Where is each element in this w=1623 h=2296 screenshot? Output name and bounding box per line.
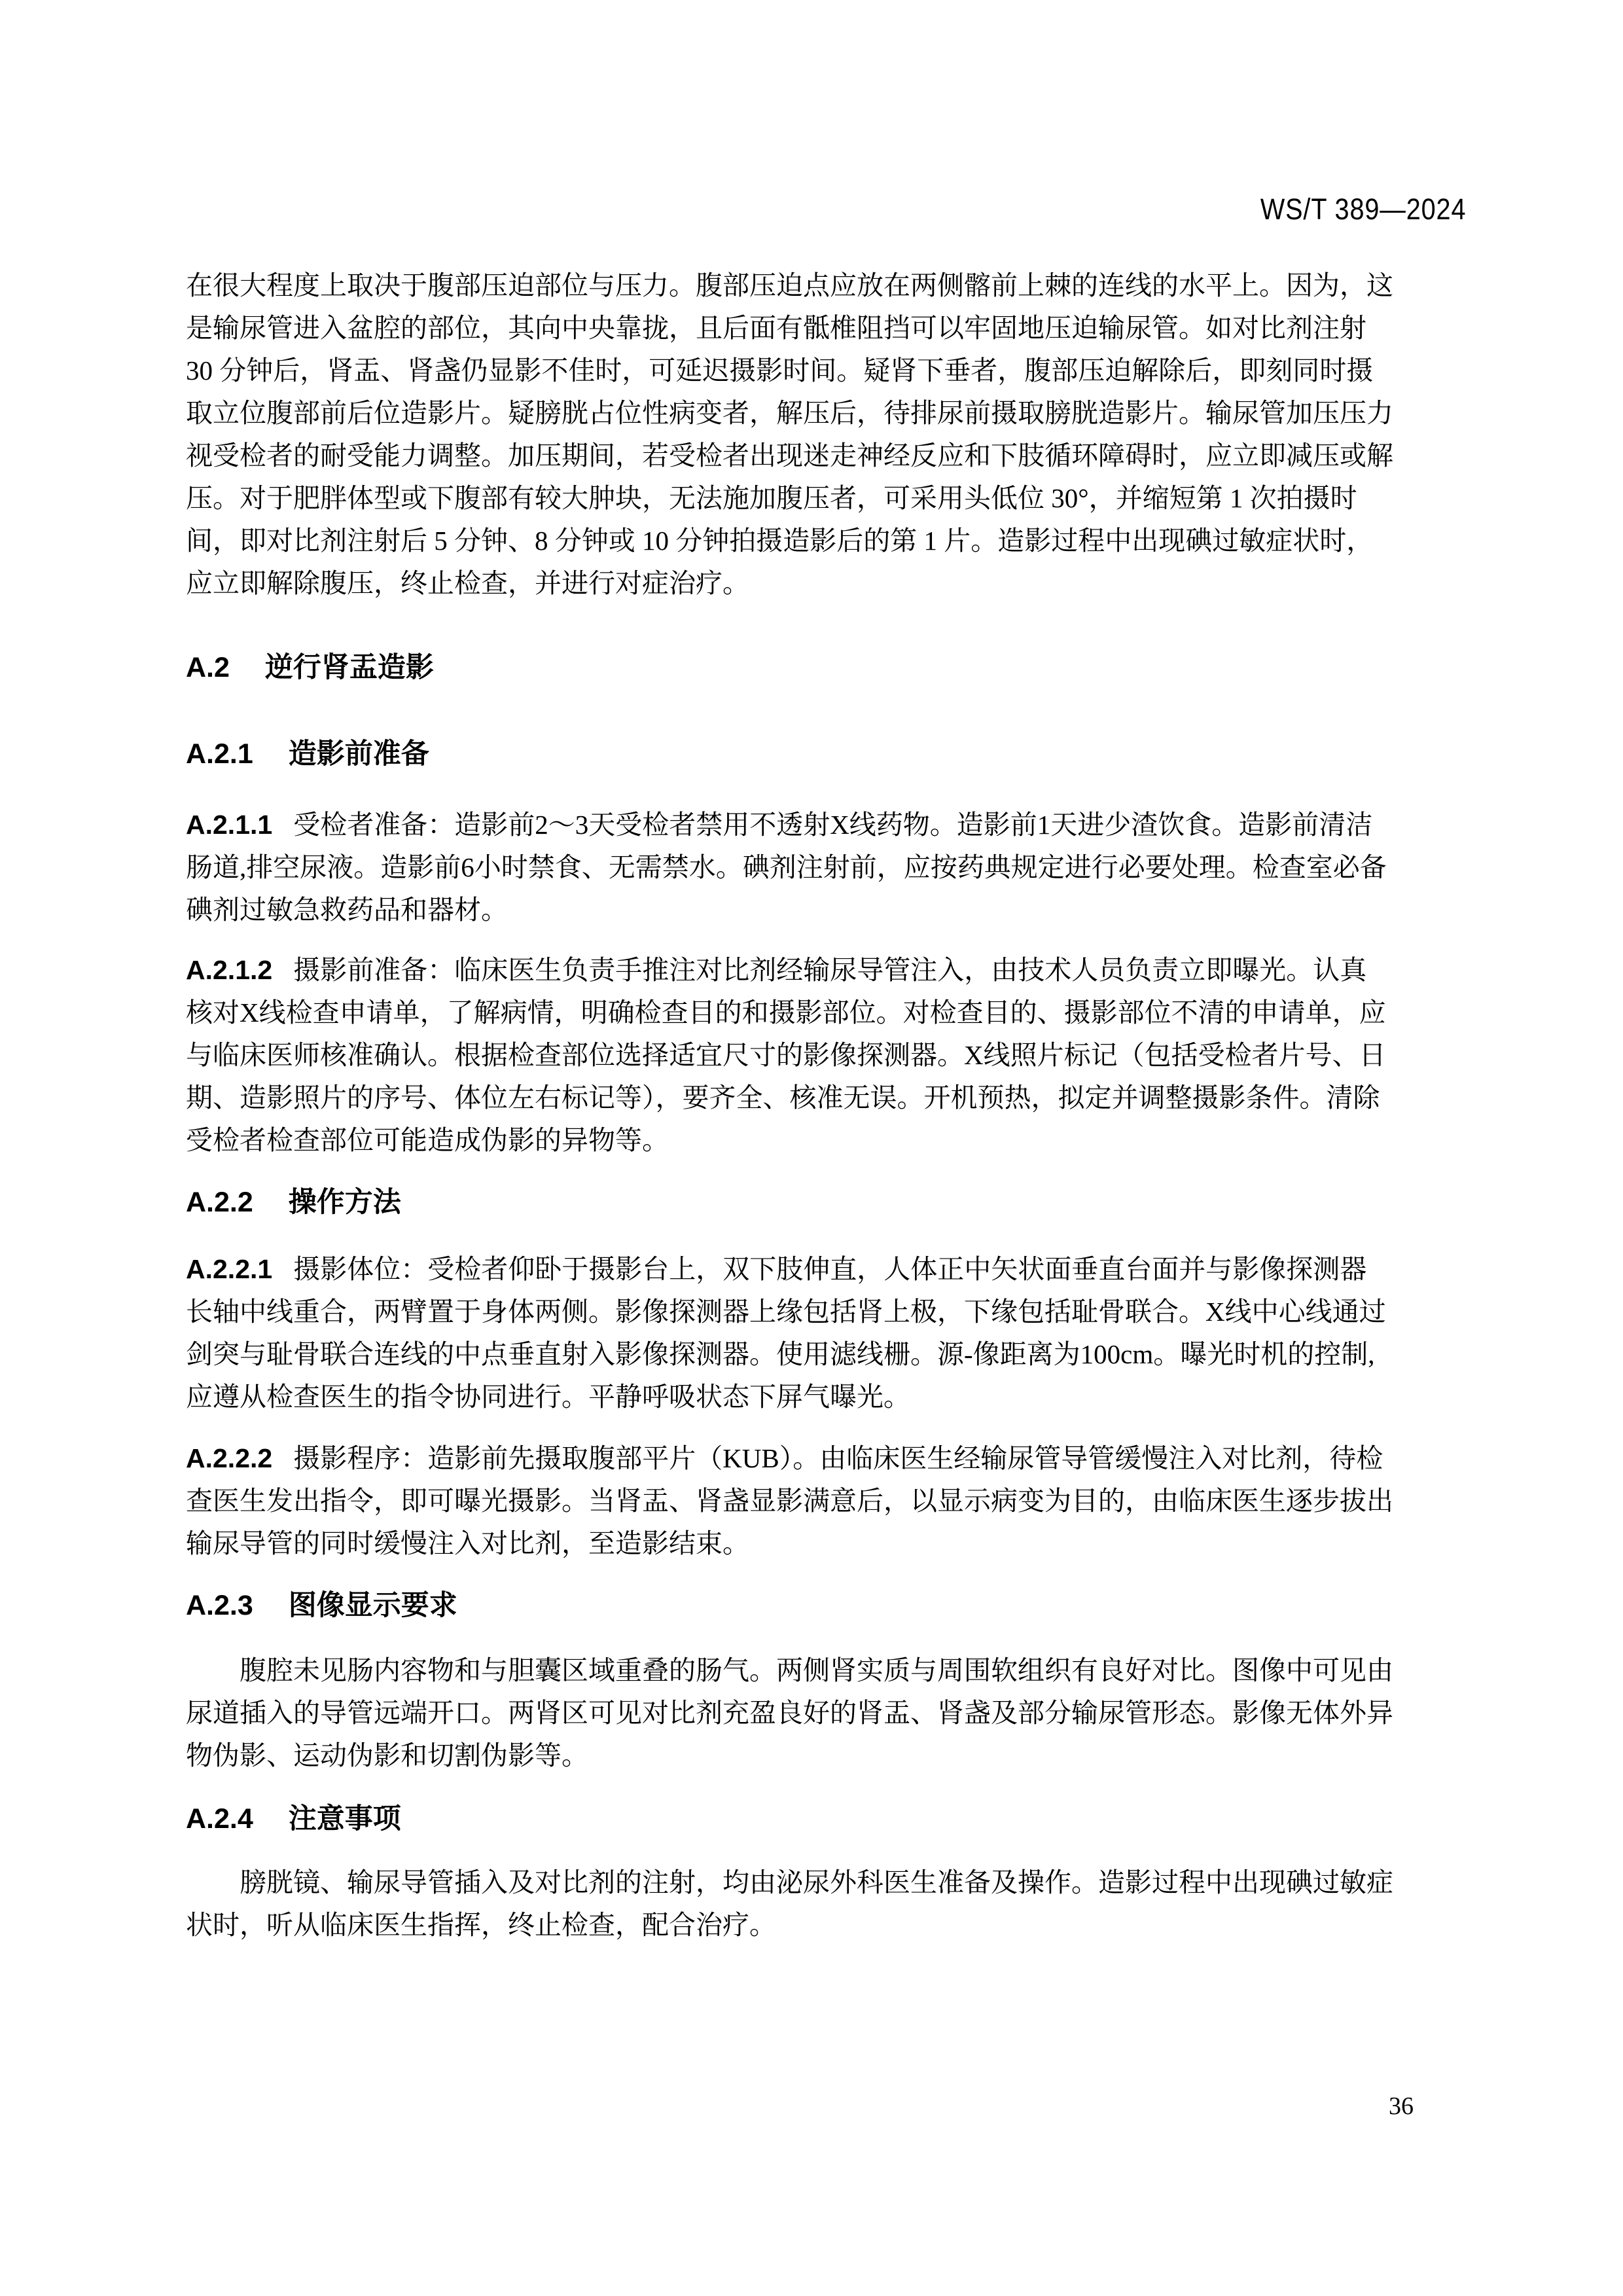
text-line: 膀胱镜、输尿导管插入及对比剂的注射，均由泌尿外科医生准备及操作。造影过程中出现碘… bbox=[186, 1863, 1522, 1902]
text-line: A.2.1.2摄影前准备：临床医生负责手推注对比剂经输尿导管注入，由技术人员负责… bbox=[186, 950, 1469, 990]
text-line: 与临床医师核准确认。根据检查部位选择适宜尺寸的影像探测器。X线照片标记（包括受检… bbox=[186, 1035, 1469, 1075]
clause-number: A.2.1.2 bbox=[186, 955, 272, 985]
text-line: 30 分钟后，肾盂、肾盏仍显影不佳时，可延迟摄影时间。疑肾下垂者，腹部压迫解除后… bbox=[186, 351, 1469, 390]
section-heading: A.2逆行肾盂造影 bbox=[186, 648, 434, 687]
section-title: 造影前准备 bbox=[289, 738, 429, 770]
text-line: 视受检者的耐受能力调整。加压期间，若受检者出现迷走神经反应和下肢循环障碍时，应立… bbox=[186, 436, 1469, 475]
text-line: 腹腔未见肠内容物和与胆囊区域重叠的肠气。两侧肾实质与周围软组织有良好对比。图像中… bbox=[186, 1651, 1522, 1690]
text-line: 查医生发出指令，即可曝光摄影。当肾盂、肾盏显影满意后，以显示病变为目的，由临床医… bbox=[186, 1481, 1469, 1520]
clause-text: 受检者准备：造影前2～3天受检者禁用不透射X线药物。造影前1天进少渣饮食。造影前… bbox=[293, 810, 1372, 840]
text-line: 取立位腹部前后位造影片。疑膀胱占位性病变者，解压后，待排尿前摄取膀胱造影片。输尿… bbox=[186, 393, 1469, 433]
section-number: A.2 bbox=[186, 652, 230, 683]
section-number: A.2.4 bbox=[186, 1803, 253, 1835]
text-line: 碘剂过敏急救药品和器材。 bbox=[186, 890, 1469, 929]
clause-number: A.2.1.1 bbox=[186, 810, 272, 840]
text-line: 压。对于肥胖体型或下腹部有较大肿块，无法施加腹压者，可采用头低位 30°，并缩短… bbox=[186, 478, 1469, 518]
section-heading: A.2.3图像显示要求 bbox=[186, 1586, 457, 1625]
clause-number: A.2.2.1 bbox=[186, 1254, 272, 1284]
clause-number: A.2.2.2 bbox=[186, 1443, 272, 1473]
section-title: 图像显示要求 bbox=[289, 1590, 457, 1621]
text-line: 物伪影、运动伪影和切割伪影等。 bbox=[186, 1736, 1469, 1775]
text-line: 应遵从检查医生的指令协同进行。平静呼吸状态下屏气曝光。 bbox=[186, 1377, 1469, 1416]
running-header-standard-code: WS/T 389—2024 bbox=[1260, 194, 1466, 225]
section-number: A.2.3 bbox=[186, 1590, 253, 1621]
text-line: 在很大程度上取决于腹部压迫部位与压力。腹部压迫点应放在两侧髂前上棘的连线的水平上… bbox=[186, 266, 1469, 305]
section-heading: A.2.1造影前准备 bbox=[186, 734, 429, 774]
text-line: 肠道,排空尿液。造影前6小时禁食、无需禁水。碘剂注射前，应按药典规定进行必要处理… bbox=[186, 848, 1469, 887]
text-line: 状时，听从临床医生指挥，终止检查，配合治疗。 bbox=[186, 1905, 1469, 1945]
text-line: 剑突与耻骨联合连线的中点垂直射入影像探测器。使用滤线栅。源-像距离为100cm。… bbox=[186, 1335, 1469, 1374]
text-line: 应立即解除腹压，终止检查，并进行对症治疗。 bbox=[186, 564, 1469, 603]
clause-text: 摄影前准备：临床医生负责手推注对比剂经输尿导管注入，由技术人员负责立即曝光。认真 bbox=[293, 955, 1366, 985]
text-line: 是输尿管进入盆腔的部位，其向中央靠拢，且后面有骶椎阻挡可以牢固地压迫输尿管。如对… bbox=[186, 308, 1469, 348]
page-number: 36 bbox=[1389, 2092, 1414, 2121]
section-heading: A.2.2操作方法 bbox=[186, 1183, 401, 1222]
section-title: 操作方法 bbox=[289, 1187, 401, 1218]
text-line: A.2.1.1受检者准备：造影前2～3天受检者禁用不透射X线药物。造影前1天进少… bbox=[186, 805, 1469, 844]
text-line: 尿道插入的导管远端开口。两肾区可见对比剂充盈良好的肾盂、肾盏及部分输尿管形态。影… bbox=[186, 1693, 1469, 1732]
text-line: 受检者检查部位可能造成伪影的异物等。 bbox=[186, 1121, 1469, 1160]
text-line: 核对X线检查申请单，了解病情，明确检查目的和摄影部位。对检查目的、摄影部位不清的… bbox=[186, 993, 1469, 1032]
section-heading: A.2.4注意事项 bbox=[186, 1799, 401, 1839]
text-line: A.2.2.1摄影体位：受检者仰卧于摄影台上，双下肢伸直，人体正中矢状面垂直台面… bbox=[186, 1249, 1469, 1289]
section-title: 逆行肾盂造影 bbox=[265, 652, 434, 683]
document-page: WS/T 389—2024 在很大程度上取决于腹部压迫部位与压力。腹部压迫点应放… bbox=[0, 0, 1623, 2296]
text-line: 输尿导管的同时缓慢注入对比剂，至造影结束。 bbox=[186, 1524, 1469, 1563]
text-line: A.2.2.2摄影程序：造影前先摄取腹部平片（KUB）。由临床医生经输尿管导管缓… bbox=[186, 1439, 1469, 1478]
text-line: 长轴中线重合，两臂置于身体两侧。影像探测器上缘包括肾上极，下缘包括耻骨联合。X线… bbox=[186, 1292, 1469, 1331]
text-line: 期、造影照片的序号、体位左右标记等），要齐全、核准无误。开机预热，拟定并调整摄影… bbox=[186, 1078, 1469, 1117]
section-number: A.2.2 bbox=[186, 1187, 253, 1218]
text-line: 间，即对比剂注射后 5 分钟、8 分钟或 10 分钟拍摄造影后的第 1 片。造影… bbox=[186, 521, 1469, 560]
section-number: A.2.1 bbox=[186, 738, 253, 770]
section-title: 注意事项 bbox=[289, 1803, 401, 1835]
clause-text: 摄影体位：受检者仰卧于摄影台上，双下肢伸直，人体正中矢状面垂直台面并与影像探测器 bbox=[293, 1254, 1366, 1284]
clause-text: 摄影程序：造影前先摄取腹部平片（KUB）。由临床医生经输尿管导管缓慢注入对比剂，… bbox=[293, 1443, 1383, 1473]
